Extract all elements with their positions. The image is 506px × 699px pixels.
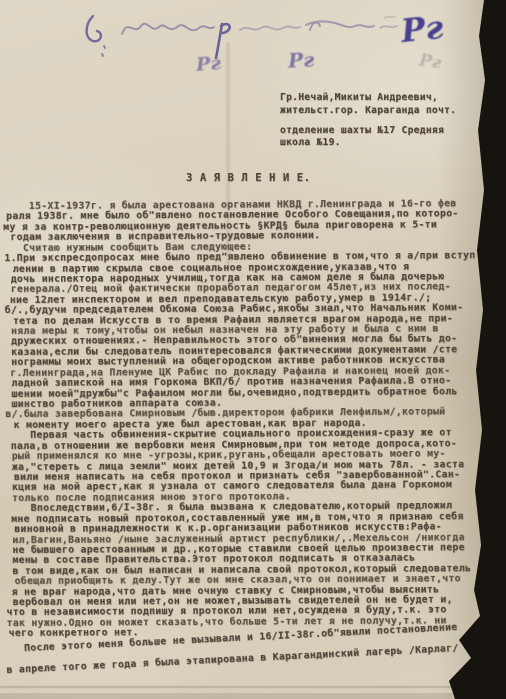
scrawl-word-1: [122, 24, 214, 34]
vertical-crease: [227, 42, 229, 267]
scanned-document: Рг Рг Рг Рг Гр.Нечай,Микиты Андреевич,жи…: [0, 0, 506, 699]
text-line: Гр.Нечай,Микиты Андреевич,: [280, 92, 456, 105]
paper-sheet: Рг Рг Рг Рг Гр.Нечай,Микиты Андреевич,жи…: [0, 0, 506, 699]
text-line: школа №19.: [280, 137, 456, 150]
scrawl-colon: [102, 46, 105, 56]
ink-mark-middle: Рг: [287, 47, 315, 72]
text-line: отделение шахты №17 Средняя: [280, 125, 456, 138]
pencil-squiggle: [384, 16, 396, 18]
scrawl-tail: [240, 27, 300, 30]
body-text: 15-XI-1937г. я была арестована органами …: [4, 199, 478, 640]
text-line: жительст.гор. Караганда почт.: [280, 105, 456, 118]
address-block: Гр.Нечай,Микиты Андреевич,жительст.гор. …: [280, 92, 456, 150]
right-edge-shadow: [436, 0, 506, 699]
horizontal-crease: [0, 686, 470, 688]
ink-mark-left: Рг: [195, 52, 221, 76]
scrawl-letter-v: [87, 16, 101, 41]
scrawl-fade: [380, 26, 397, 28]
document-title: З А Я В Л Е Н И Е.: [186, 172, 311, 184]
scrawl-word-2: [306, 21, 374, 30]
bottom-edge-shadow: [0, 693, 460, 699]
